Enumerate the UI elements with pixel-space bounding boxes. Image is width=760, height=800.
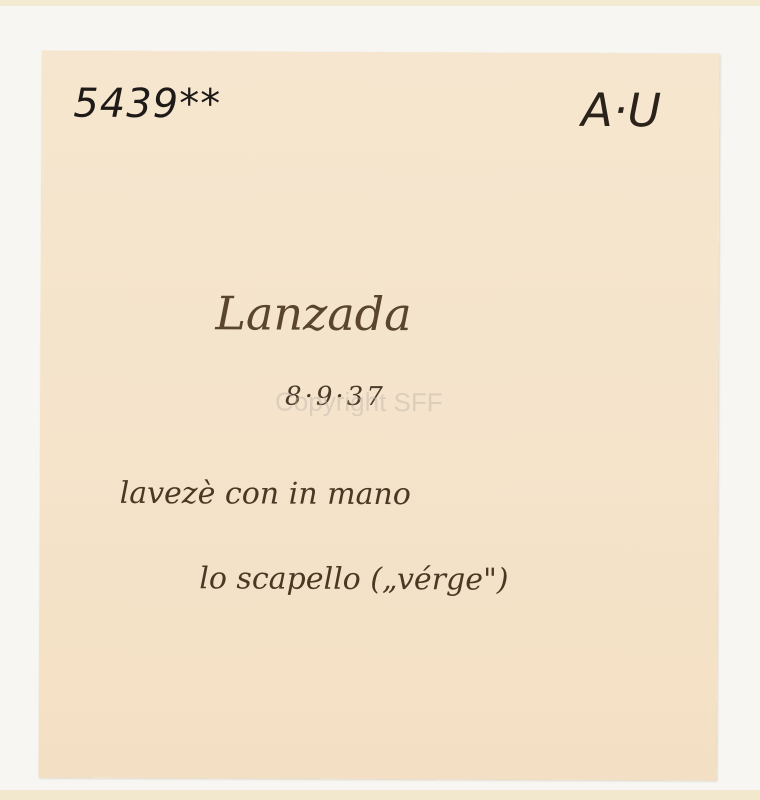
catalog-number: 5439** [73,81,221,128]
place-name: Lanzada [215,286,411,341]
caption-line-1: lavezè con in mano [120,476,411,512]
copyright-watermark: Copyright SFF [275,387,443,419]
archive-card: 5439** A·U Lanzada 8·9·37 lavezè con in … [38,51,719,781]
caption-line-2: lo scapello („vérge") [199,561,508,597]
bottom-paper-strip [0,790,760,800]
author-initials: A·U [581,83,661,137]
top-paper-strip [0,0,760,6]
